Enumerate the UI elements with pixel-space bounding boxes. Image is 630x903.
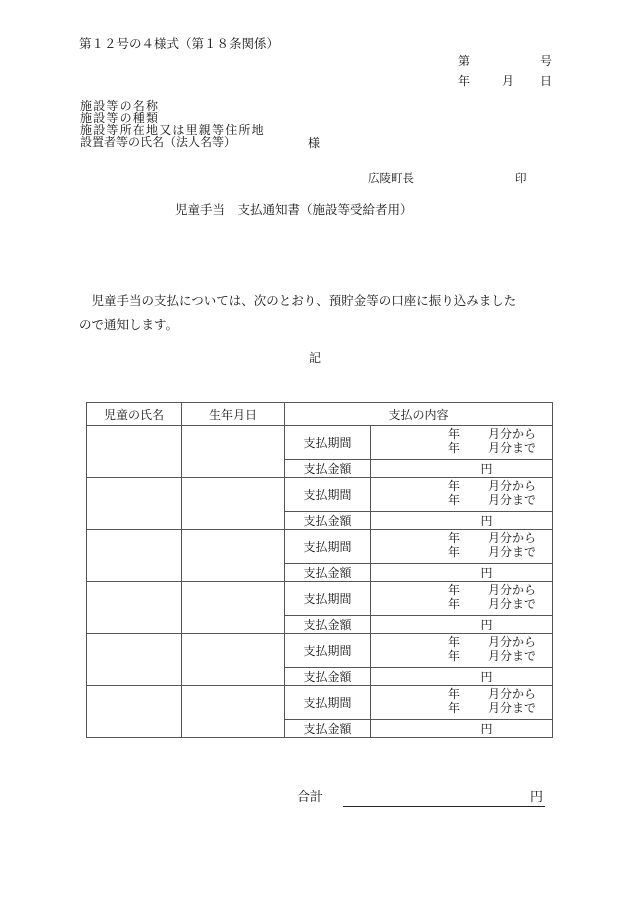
form-number: 第１２号の４様式（第１８条関係） (79, 37, 279, 51)
year-label: 年 (448, 688, 488, 701)
payment-period-label: 支払期間 (285, 582, 371, 616)
yen-unit: 円 (481, 514, 493, 528)
date-month: 月 (502, 74, 514, 88)
payment-amount-cell[interactable]: 円 (371, 616, 553, 634)
document-title: 児童手当 支払通知書（施設等受給者用） (175, 203, 413, 217)
child-name-cell[interactable] (87, 426, 182, 478)
to-label: 月分まで (488, 701, 536, 715)
year-label: 年 (448, 702, 488, 715)
payment-period-cell[interactable]: 年月分から 年月分まで (371, 634, 553, 668)
payment-amount-label: 支払金額 (285, 564, 371, 582)
payment-amount-cell[interactable]: 円 (371, 668, 553, 686)
header-payment-details: 支払の内容 (285, 403, 553, 426)
year-label: 年 (448, 598, 488, 611)
from-label: 月分から (488, 479, 536, 493)
header-child-name: 児童の氏名 (87, 403, 182, 426)
table-row: 支払期間 年月分から 年月分まで (87, 426, 553, 460)
founder-name-label: 設置者等の氏名（法人名等） (80, 136, 265, 148)
addressee-block: 施設等の名称 施設等の種類 施設等所在地又は里親等住所地 設置者等の氏名（法人名… (80, 100, 265, 148)
from-label: 月分から (488, 531, 536, 545)
to-label: 月分まで (488, 545, 536, 559)
child-name-cell[interactable] (87, 634, 182, 686)
birthdate-cell[interactable] (182, 686, 285, 738)
header-birthdate: 生年月日 (182, 403, 285, 426)
year-label: 年 (448, 442, 488, 455)
yen-unit: 円 (481, 670, 493, 684)
payment-amount-cell[interactable]: 円 (371, 512, 553, 530)
year-label: 年 (448, 428, 488, 441)
doc-number-suffix: 号 (540, 54, 552, 68)
child-name-cell[interactable] (87, 686, 182, 738)
child-name-cell[interactable] (87, 478, 182, 530)
to-label: 月分まで (488, 649, 536, 663)
table-header-row: 児童の氏名 生年月日 支払の内容 (87, 403, 553, 426)
payment-period-label: 支払期間 (285, 478, 371, 512)
birthdate-cell[interactable] (182, 634, 285, 686)
total-yen-unit: 円 (530, 791, 543, 805)
seal-mark: 印 (515, 171, 527, 185)
notice-body: 児童手当の支払については、次のとおり、預貯金等の口座に振り込みました ので通知し… (79, 289, 559, 337)
payment-period-cell[interactable]: 年月分から 年月分まで (371, 582, 553, 616)
year-label: 年 (448, 546, 488, 559)
birthdate-cell[interactable] (182, 582, 285, 634)
total-label: 合計 (297, 791, 323, 805)
ki-heading: 記 (309, 351, 321, 365)
year-label: 年 (448, 532, 488, 545)
notice-line-2: ので通知します。 (79, 313, 559, 337)
notice-line-1: 児童手当の支払については、次のとおり、預貯金等の口座に振り込みました (79, 289, 559, 313)
birthdate-cell[interactable] (182, 426, 285, 478)
total-amount-field[interactable] (343, 806, 545, 807)
payment-period-cell[interactable]: 年月分から 年月分まで (371, 478, 553, 512)
payment-table: 児童の氏名 生年月日 支払の内容 支払期間 年月分から 年月分まで 支払金額 円… (86, 402, 553, 738)
table-row: 支払期間 年月分から 年月分まで (87, 530, 553, 564)
payment-amount-label: 支払金額 (285, 616, 371, 634)
yen-unit: 円 (481, 566, 493, 580)
date-day: 日 (540, 74, 552, 88)
year-label: 年 (448, 584, 488, 597)
payment-amount-label: 支払金額 (285, 668, 371, 686)
table-row: 支払期間 年月分から 年月分まで (87, 478, 553, 512)
payment-period-cell[interactable]: 年月分から 年月分まで (371, 686, 553, 720)
payment-amount-cell[interactable]: 円 (371, 460, 553, 478)
honorific: 様 (308, 136, 320, 150)
yen-unit: 円 (481, 462, 493, 476)
birthdate-cell[interactable] (182, 478, 285, 530)
to-label: 月分まで (488, 597, 536, 611)
birthdate-cell[interactable] (182, 530, 285, 582)
payment-period-label: 支払期間 (285, 634, 371, 668)
yen-unit: 円 (481, 618, 493, 632)
yen-unit: 円 (481, 722, 493, 736)
table-row: 支払期間 年月分から 年月分まで (87, 582, 553, 616)
year-label: 年 (448, 480, 488, 493)
payment-amount-label: 支払金額 (285, 720, 371, 738)
payment-amount-label: 支払金額 (285, 512, 371, 530)
from-label: 月分から (488, 635, 536, 649)
year-label: 年 (448, 494, 488, 507)
payment-amount-cell[interactable]: 円 (371, 720, 553, 738)
payment-period-label: 支払期間 (285, 686, 371, 720)
from-label: 月分から (488, 687, 536, 701)
year-label: 年 (448, 636, 488, 649)
to-label: 月分まで (488, 493, 536, 507)
child-name-cell[interactable] (87, 530, 182, 582)
child-name-cell[interactable] (87, 582, 182, 634)
payment-period-cell[interactable]: 年月分から 年月分まで (371, 426, 553, 460)
payment-period-label: 支払期間 (285, 530, 371, 564)
payment-amount-cell[interactable]: 円 (371, 564, 553, 582)
payment-period-label: 支払期間 (285, 426, 371, 460)
table-row: 支払期間 年月分から 年月分まで (87, 634, 553, 668)
payment-period-cell[interactable]: 年月分から 年月分まで (371, 530, 553, 564)
payment-amount-label: 支払金額 (285, 460, 371, 478)
from-label: 月分から (488, 427, 536, 441)
doc-number-prefix: 第 (458, 54, 470, 68)
to-label: 月分まで (488, 441, 536, 455)
from-label: 月分から (488, 583, 536, 597)
table-row: 支払期間 年月分から 年月分まで (87, 686, 553, 720)
issuer-name: 広陵町長 (368, 171, 414, 185)
year-label: 年 (448, 650, 488, 663)
date-year: 年 (458, 74, 470, 88)
